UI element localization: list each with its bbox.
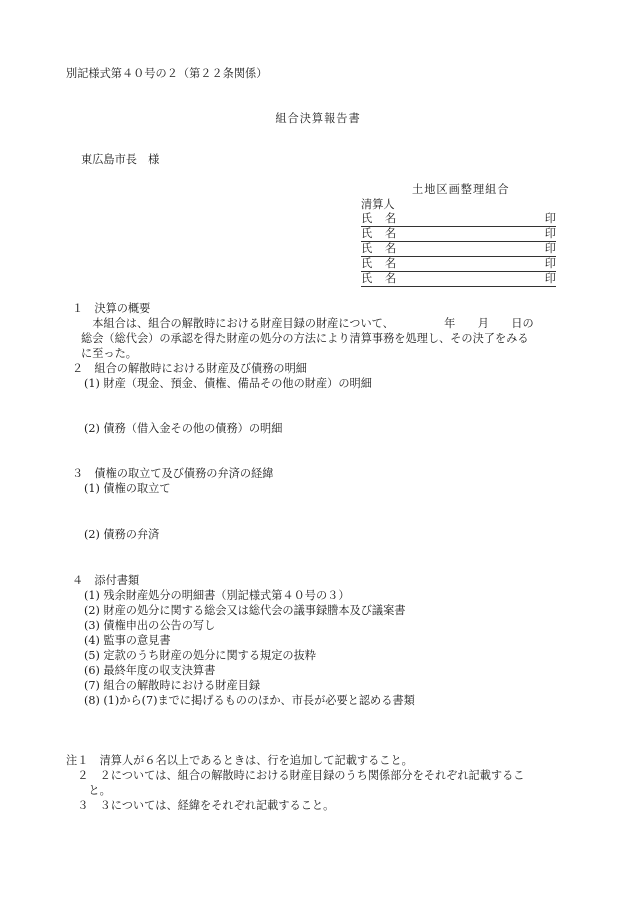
name-label: 氏 [361, 211, 372, 226]
section-3-item-2: (2) 債務の弁済 [84, 527, 159, 542]
attachment-item: (4) 監事の意見書 [84, 633, 171, 648]
section-3-heading: ３ 債権の取立て及び債務の弁済の経緯 [72, 466, 273, 481]
seal-mark: 印 [545, 241, 556, 256]
name-label: 名 [385, 226, 396, 241]
attachment-item: (2) 財産の処分に関する総会又は総代会の議事録謄本及び議案書 [84, 603, 405, 618]
addressee: 東広島市長 様 [81, 152, 159, 167]
name-label: 名 [385, 241, 396, 256]
signature-row[interactable]: 氏 名 印 [361, 227, 556, 242]
name-label: 氏 [361, 226, 372, 241]
section-1-text-line-2: 総会（総代会）の承認を得た財産の処分の方法により清算事務を処理し、その決了をみる [81, 331, 529, 346]
form-id: 別記様式第４０号の２（第２２条関係） [66, 66, 267, 81]
section-1-heading: １ 決算の概要 [72, 301, 150, 316]
note-2: ２ ２については、組合の解散時における財産目録のうち関係部分をそれぞれ記載するこ [66, 768, 524, 783]
name-label: 氏 [361, 271, 372, 286]
signature-row[interactable]: 氏 名 印 [361, 212, 556, 227]
section-1-text-line-1: 本組合は、組合の解散時における財産目録の財産について、 年 月 日の [81, 316, 534, 331]
attachment-item: (1) 残余財産処分の明細書（別記様式第４０号の３） [84, 588, 350, 603]
liquidator-label: 清算人 [361, 197, 395, 212]
section-2-item-1: (1) 財産（現金、預金、債権、備品その他の財産）の明細 [84, 376, 372, 391]
seal-mark: 印 [545, 226, 556, 241]
note-3: ３ ３については、経緯をそれぞれ記載すること。 [66, 798, 334, 813]
union-name: 土地区画整理組合 [412, 182, 510, 197]
seal-mark: 印 [545, 256, 556, 271]
signature-row[interactable]: 氏 名 印 [361, 242, 556, 257]
document-title: 組合決算報告書 [0, 111, 630, 126]
note-1: 注１ 清算人が６名以上であるときは、行を追加して記載すること。 [66, 753, 413, 768]
section-4-heading: ４ 添付書類 [72, 573, 139, 588]
seal-mark: 印 [545, 211, 556, 226]
attachment-item: (8) (1)から(7)までに掲げるもののほか、市長が必要と認める書類 [84, 693, 415, 708]
attachment-item: (7) 組合の解散時における財産目録 [84, 678, 260, 693]
attachment-item: (5) 定款のうち財産の処分に関する規定の抜粋 [84, 648, 316, 663]
seal-mark: 印 [545, 271, 556, 286]
name-label: 名 [385, 211, 396, 226]
note-2-continued: と。 [66, 783, 111, 798]
section-2-item-2: (2) 債務（借入金その他の債務）の明細 [84, 421, 282, 436]
section-2-heading: ２ 組合の解散時における財産及び債務の明細 [72, 361, 307, 376]
name-label: 名 [385, 256, 396, 271]
attachment-item: (3) 債権申出の公告の写し [84, 618, 215, 633]
name-label: 名 [385, 271, 396, 286]
name-label: 氏 [361, 256, 372, 271]
attachment-item: (6) 最終年度の収支決算書 [84, 663, 215, 678]
signature-row[interactable]: 氏 名 印 [361, 272, 556, 287]
name-label: 氏 [361, 241, 372, 256]
signature-row[interactable]: 氏 名 印 [361, 257, 556, 272]
section-3-item-1: (1) 債権の取立て [84, 481, 171, 496]
section-1-text-line-3: に至った。 [81, 346, 137, 361]
